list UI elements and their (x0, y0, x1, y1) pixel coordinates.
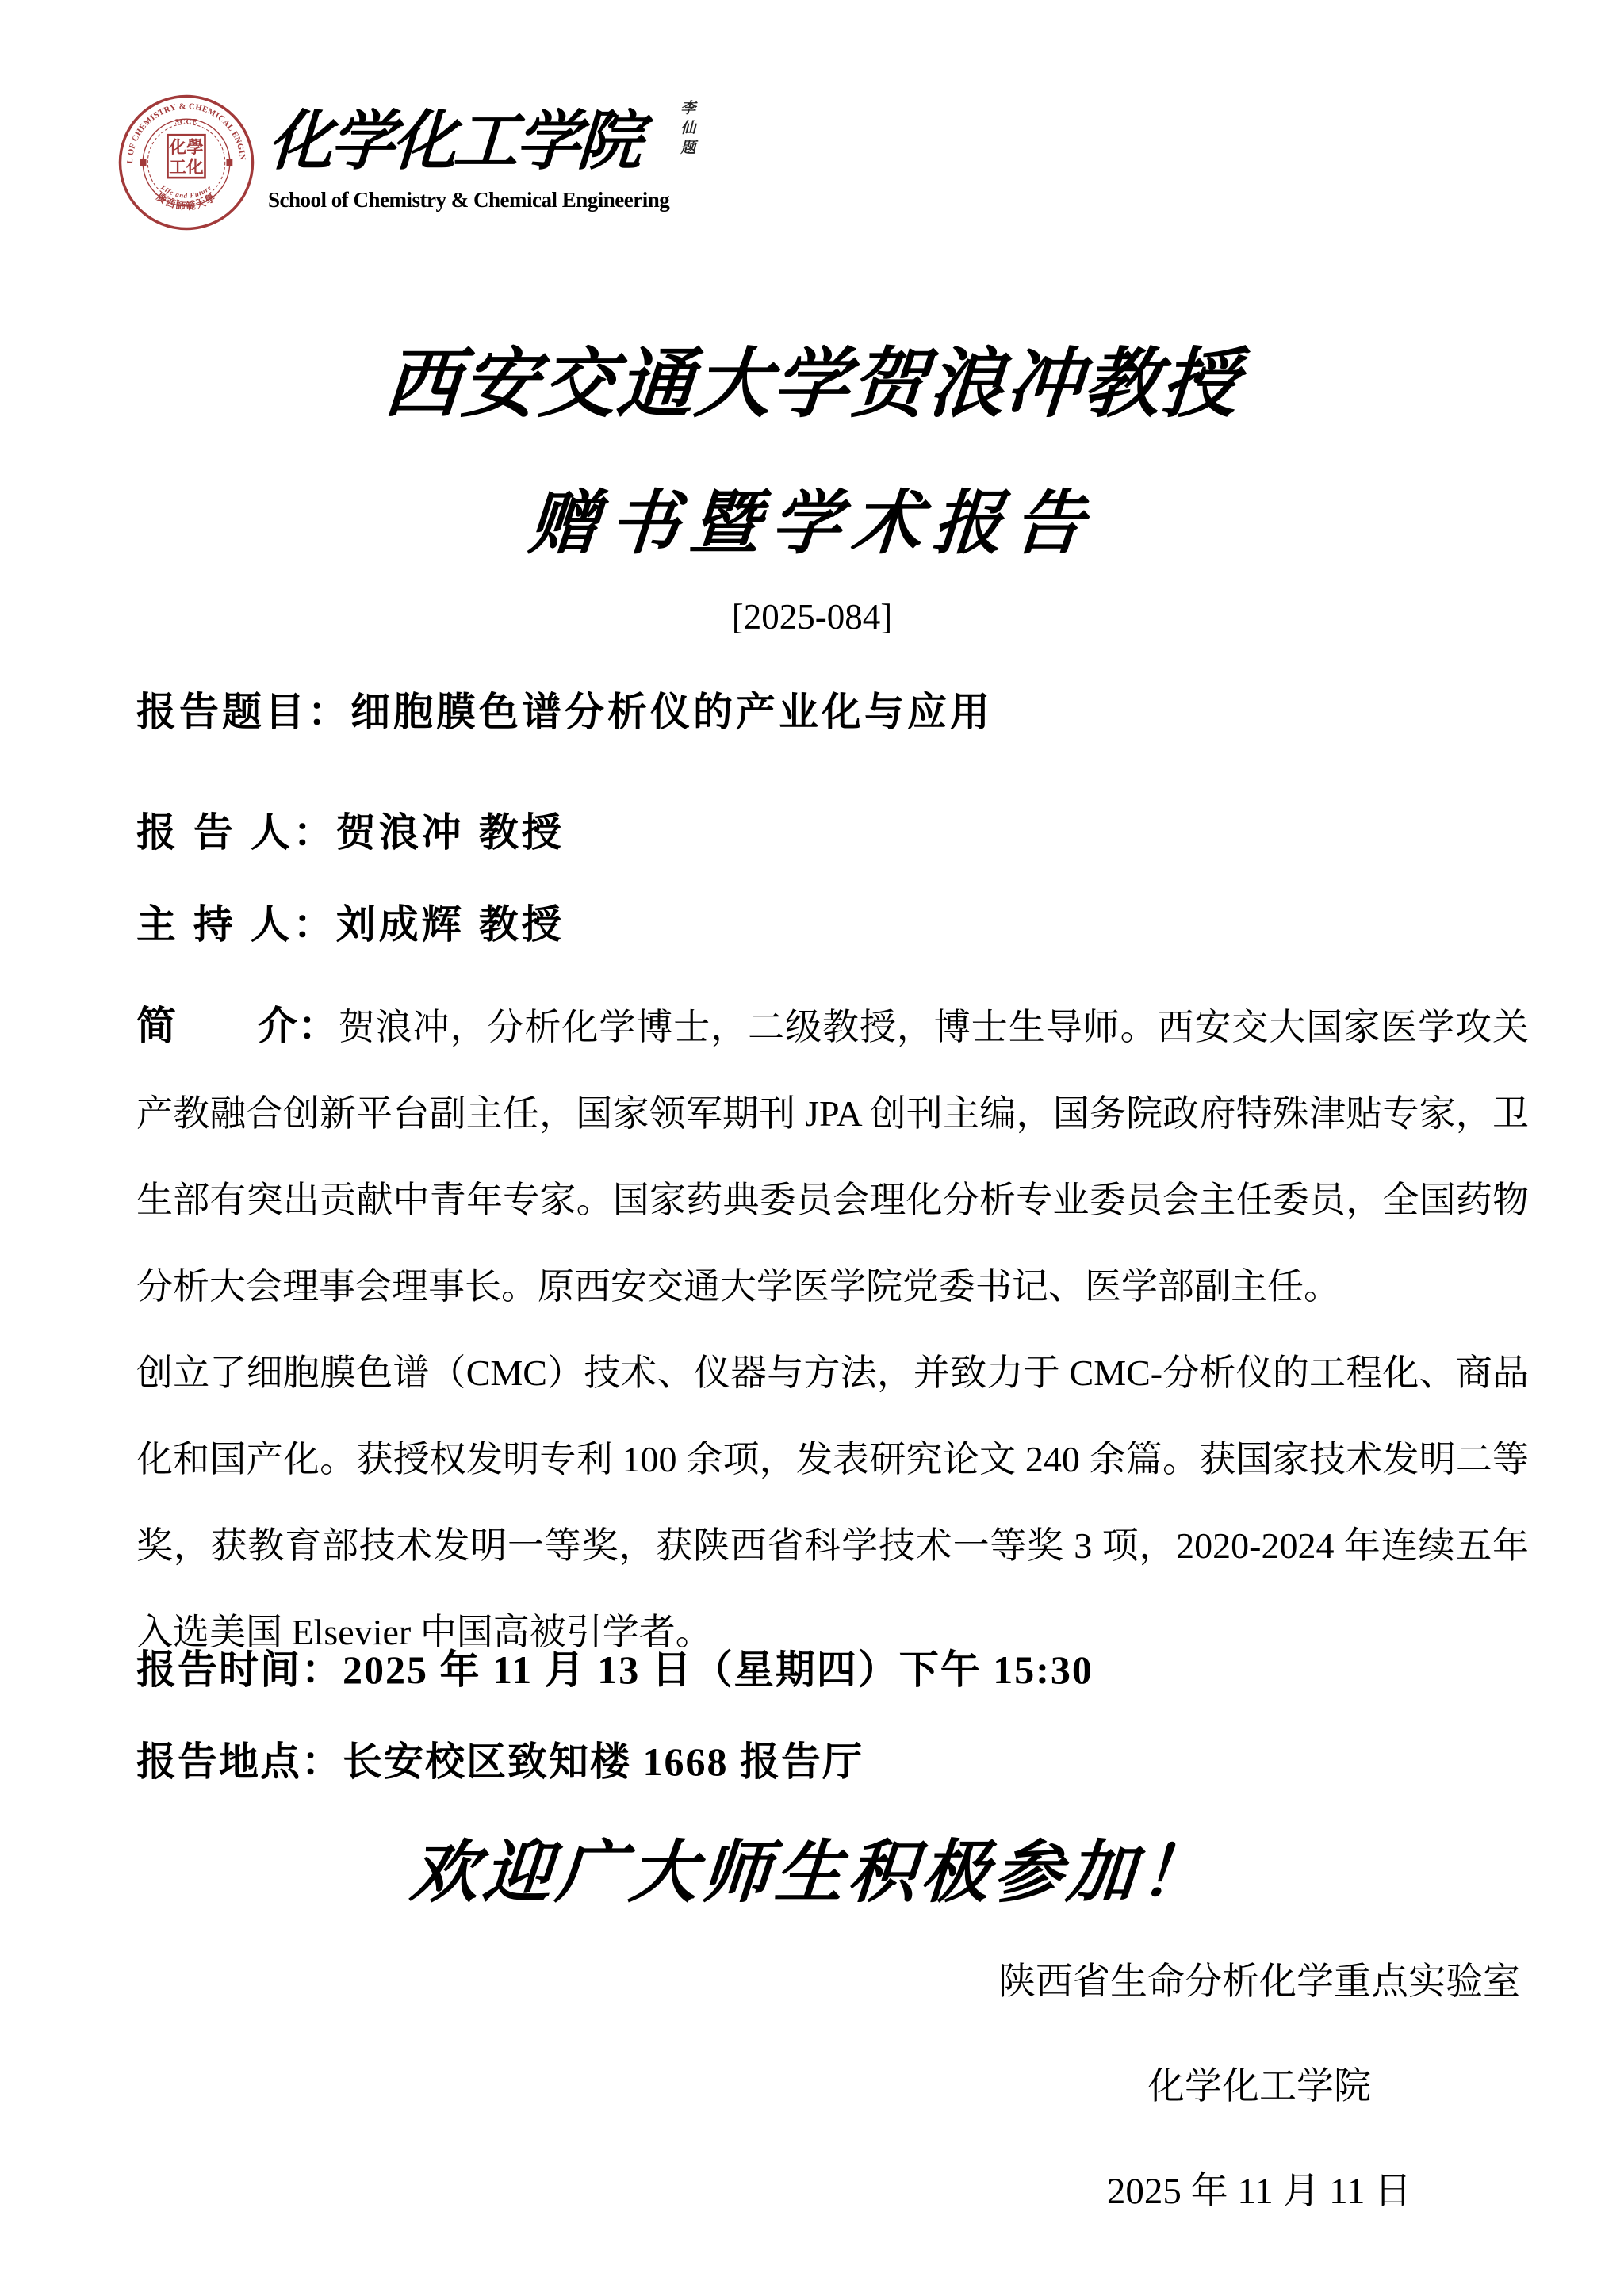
event-title-line1: 西安交通大学贺浪冲教授 (0, 323, 1624, 432)
school-name-english: School of Chemistry & Chemical Engineeri… (268, 188, 669, 212)
speaker-label: 报 告 人： (136, 810, 336, 855)
venue-label: 报告地点： (136, 1739, 343, 1784)
topic-line: 报告题目：细胞膜色谱分析仪的产业化与应用 (136, 680, 993, 737)
time-label: 报告时间： (136, 1647, 343, 1692)
time-line: 报告时间：2025 年 11 月 13 日（星期四）下午 15:30 (136, 1638, 1094, 1695)
host-line: 主 持 人：刘成辉 教授 (136, 893, 565, 950)
speaker-line: 报 告 人：贺浪冲 教授 (136, 801, 565, 858)
footer-date: 2025 年 11 月 11 日 (942, 2161, 1576, 2214)
footer-lab-name: 陕西省生命分析化学重点实验室 (942, 1952, 1576, 2005)
footer-school-name: 化学化工学院 (942, 2057, 1576, 2110)
biography-section: 简 介：贺浪冲，分析化学博士，二级教授，博士生导师。西安交大国家医学攻关产教融合… (136, 983, 1529, 1675)
school-seal-logo: SCHOOL OF CHEMISTRY & CHEMICAL ENGINEERI… (117, 94, 255, 232)
bio-paragraph-2: 创立了细胞膜色谱（CMC）技术、仪器与方法，并致力于 CMC-分析仪的工程化、商… (136, 1330, 1529, 1675)
venue-value: 长安校区致知楼 1668 报告厅 (343, 1739, 864, 1784)
bio-paragraph-1-text: 贺浪冲，分析化学博士，二级教授，博士生导师。西安交大国家医学攻关产教融合创新平台… (136, 1007, 1529, 1307)
announcement-page: SCHOOL OF CHEMISTRY & CHEMICAL ENGINEERI… (0, 0, 1624, 2296)
time-value: 2025 年 11 月 13 日（星期四）下午 15:30 (343, 1647, 1094, 1692)
topic-label: 报告题目： (136, 690, 350, 734)
event-serial-number: [2025-084] (0, 596, 1624, 637)
calligrapher-signature: 李仙题 (676, 100, 697, 159)
seal-ornament-right (226, 159, 232, 166)
bio-label: 简 介： (136, 1004, 339, 1048)
seal-stamp-text-1: 化學 (168, 138, 204, 157)
school-seal-graphic: SCHOOL OF CHEMISTRY & CHEMICAL ENGINEERI… (117, 94, 255, 232)
venue-line: 报告地点：长安校区致知楼 1668 报告厅 (136, 1730, 864, 1787)
seal-stamp-text-2: 工化 (169, 158, 204, 177)
seal-abbr-text: SCCE (175, 117, 198, 126)
bio-paragraph-2-text: 创立了细胞膜色谱（CMC）技术、仪器与方法，并致力于 CMC-分析仪的工程化、商… (136, 1353, 1529, 1652)
footer-signature-block: 陕西省生命分析化学重点实验室 化学化工学院 2025 年 11 月 11 日 (942, 1952, 1576, 2266)
event-title-line2: 赠书暨学术报告 (0, 468, 1624, 568)
speaker-value: 贺浪冲 教授 (336, 810, 565, 855)
topic-value: 细胞膜色谱分析仪的产业化与应用 (350, 690, 993, 734)
bio-paragraph-1: 简 介：贺浪冲，分析化学博士，二级教授，博士生导师。西安交大国家医学攻关产教融合… (136, 983, 1529, 1330)
school-name-calligraphy: 化学化工学院 (266, 101, 672, 183)
logo-text-column: 化学化工学院 School of Chemistry & Chemical En… (268, 94, 669, 212)
welcome-message: 欢迎广大师生积极参加！ (0, 1817, 1624, 1915)
school-logo-block: SCHOOL OF CHEMISTRY & CHEMICAL ENGINEERI… (117, 94, 697, 232)
host-value: 刘成辉 教授 (336, 902, 565, 947)
seal-ornament-left (140, 159, 147, 166)
host-label: 主 持 人： (136, 902, 336, 947)
